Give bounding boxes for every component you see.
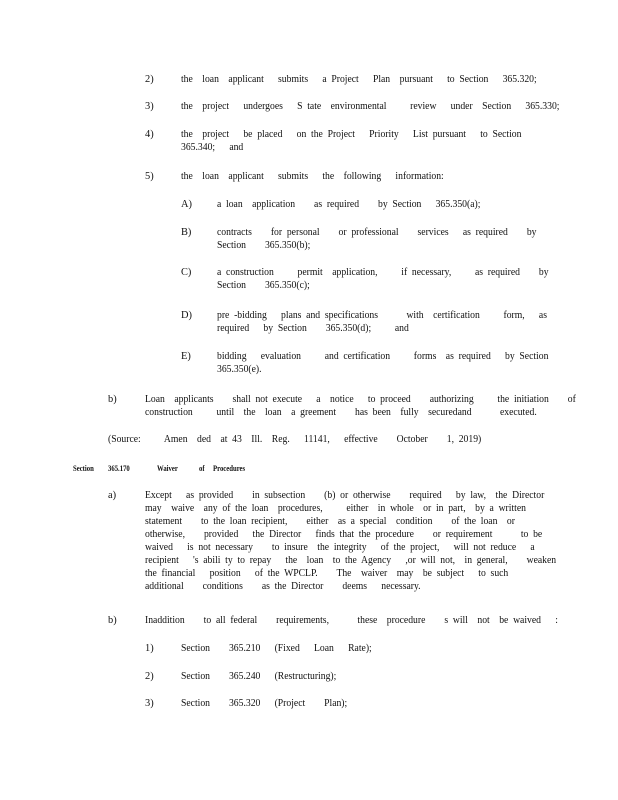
paragraph-text: may waive any of the loan procedures, ei… bbox=[145, 503, 526, 515]
list-label: 3) bbox=[145, 101, 154, 113]
paragraph-text: waived is not necessary to insure the in… bbox=[145, 542, 535, 554]
list-label: 3) bbox=[145, 698, 154, 710]
sub-label: B) bbox=[181, 227, 191, 239]
list-label: 2) bbox=[145, 74, 154, 86]
paragraph-text: the financial position of the WPCLP. The… bbox=[145, 568, 508, 580]
paragraph-label: a) bbox=[108, 490, 116, 502]
paragraph-text: statement to the loan recipient, either … bbox=[145, 516, 515, 528]
list-text: the loan applicant submits a Project Pla… bbox=[181, 74, 537, 86]
section-word: Section bbox=[73, 463, 94, 473]
sub-text: contracts for personal or professional s… bbox=[217, 227, 536, 239]
list-text: Section 365.240 (Restructuring); bbox=[181, 671, 336, 683]
paragraph-text: construction until the loan a greement h… bbox=[145, 407, 537, 419]
list-text: the project be placed on the Project Pri… bbox=[181, 129, 521, 141]
paragraph-text: Loan applicants shall not execute a noti… bbox=[145, 394, 576, 406]
paragraph-text: recipient 's abili ty to repay the loan … bbox=[145, 555, 556, 567]
section-title-word: Procedures bbox=[213, 463, 245, 473]
paragraph-label: b) bbox=[108, 394, 117, 406]
paragraph-text: otherwise, provided the Director finds t… bbox=[145, 529, 542, 541]
sub-label: E) bbox=[181, 351, 191, 363]
list-text: 365.340; and bbox=[181, 142, 243, 154]
sub-label: C) bbox=[181, 267, 191, 279]
section-title-word: of bbox=[199, 463, 205, 473]
list-text: the loan applicant submits the following… bbox=[181, 171, 444, 183]
paragraph-text: additional conditions as the Director de… bbox=[145, 581, 421, 593]
list-label: 2) bbox=[145, 671, 154, 683]
list-text: Section 365.210 (Fixed Loan Rate); bbox=[181, 643, 372, 655]
section-title-word: Waiver bbox=[157, 463, 178, 473]
sub-text: 365.350(e). bbox=[217, 364, 262, 376]
list-label: 1) bbox=[145, 643, 154, 655]
sub-label: A) bbox=[181, 199, 192, 211]
list-label: 5) bbox=[145, 171, 154, 183]
document-page: 2) the loan applicant submits a Project … bbox=[0, 0, 618, 800]
sub-text: bidding evaluation and certification for… bbox=[217, 351, 548, 363]
sub-text: Section 365.350(b); bbox=[217, 240, 310, 252]
sub-text: a construction permit application, if ne… bbox=[217, 267, 549, 279]
paragraph-label: b) bbox=[108, 615, 117, 627]
section-number: 365.170 bbox=[108, 463, 130, 473]
list-text: Section 365.320 (Project Plan); bbox=[181, 698, 347, 710]
sub-label: D) bbox=[181, 310, 192, 322]
sub-text: a loan application as required by Sectio… bbox=[217, 199, 480, 211]
source-note: (Source: Amen ded at 43 Ill. Reg. 11141,… bbox=[108, 434, 481, 446]
paragraph-text: Except as provided in subsection (b) or … bbox=[145, 490, 544, 502]
list-text: the project undergoes S tate environment… bbox=[181, 101, 559, 113]
list-label: 4) bbox=[145, 129, 154, 141]
sub-text: required by Section 365.350(d); and bbox=[217, 323, 409, 335]
paragraph-text: Inaddition to all federal requirements, … bbox=[145, 615, 558, 627]
sub-text: Section 365.350(c); bbox=[217, 280, 310, 292]
sub-text: pre -bidding plans and specifications wi… bbox=[217, 310, 547, 322]
